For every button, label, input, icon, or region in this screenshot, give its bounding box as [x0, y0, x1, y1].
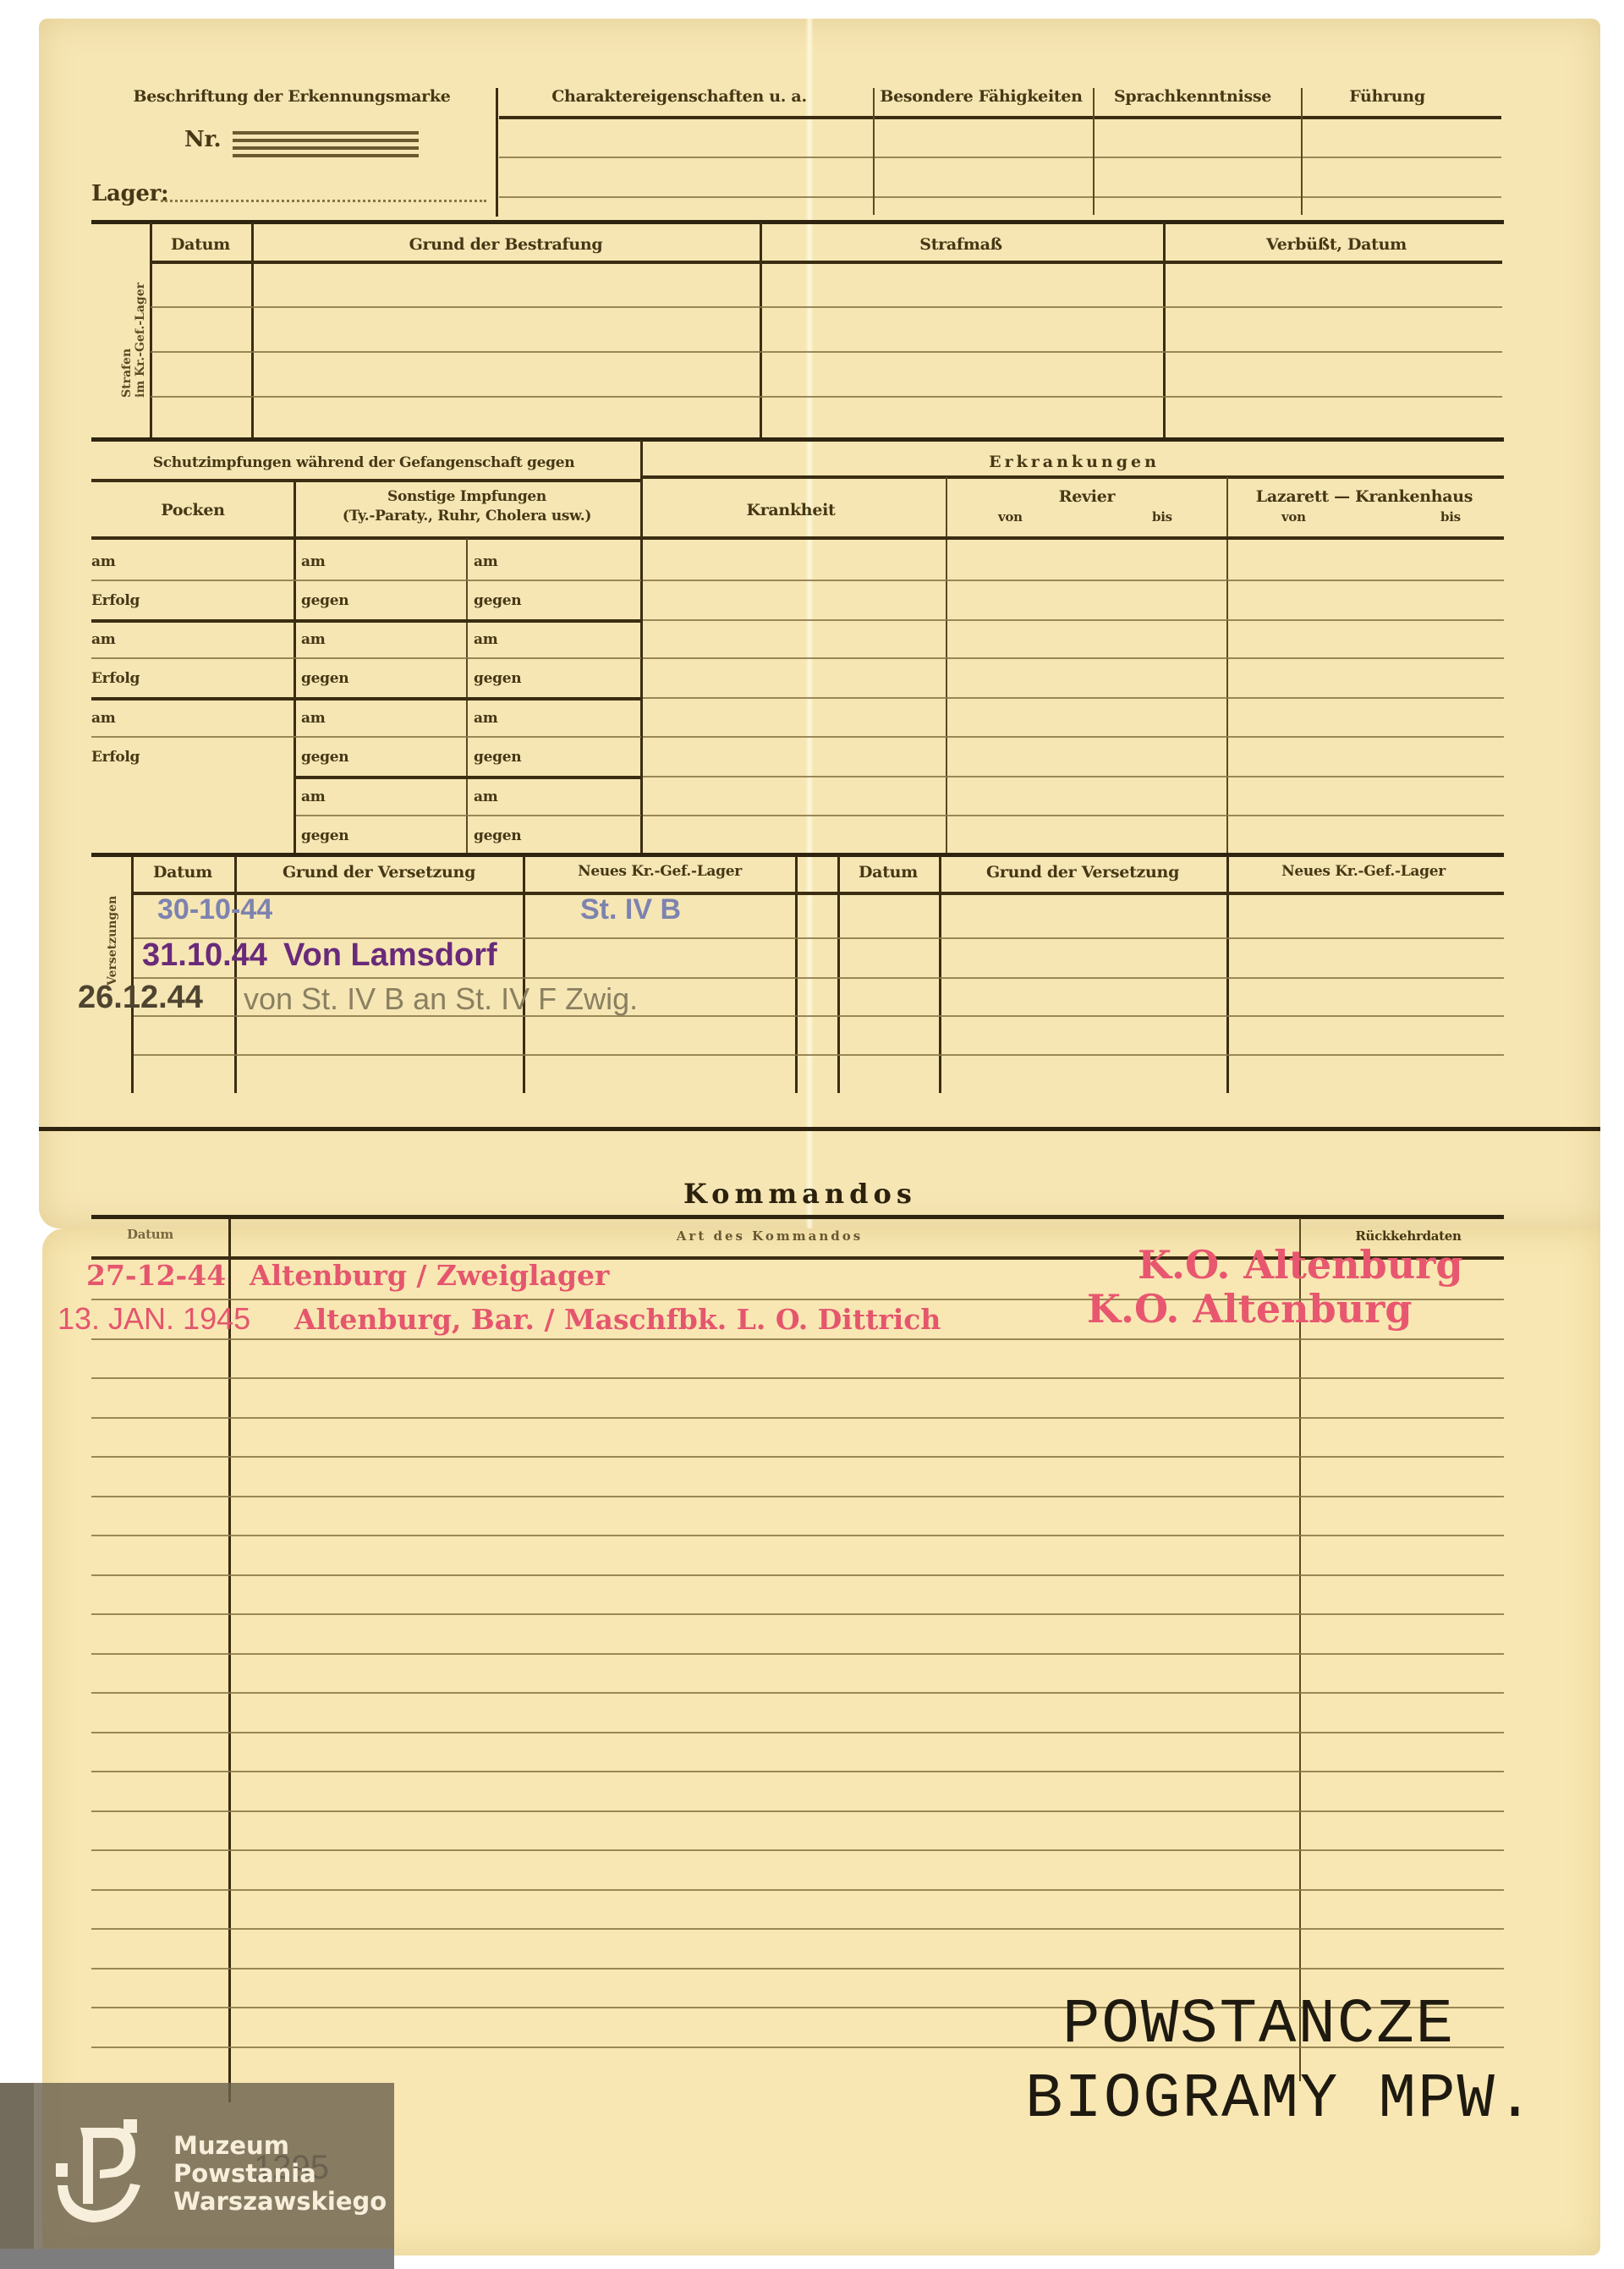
col-grund-bestrafung: Grund der Bestrafung — [409, 235, 603, 254]
divider — [294, 479, 296, 854]
col-grund-versetzung: Grund der Versetzung — [283, 863, 475, 882]
divider — [496, 88, 498, 217]
fold-crease — [805, 19, 814, 1228]
cell: gegen — [474, 670, 521, 687]
rule — [91, 1889, 1504, 1891]
rule — [91, 1496, 1504, 1497]
kommando-kind-1: Altenburg / Zweiglager — [250, 1259, 609, 1292]
col-datum: Datum — [127, 1227, 173, 1242]
logo-text: Muzeum Powstania Warszawskiego — [173, 2132, 387, 2216]
rule — [91, 1653, 1504, 1655]
col-neues-lager-2: Neues Kr.-Gef.-Lager — [1281, 863, 1446, 880]
col-krankheit: Krankheit — [746, 501, 835, 519]
rule — [91, 580, 641, 581]
logo-band-bottom — [0, 2249, 394, 2269]
divider — [1226, 477, 1228, 854]
kommandos-title: Kommandos — [683, 1178, 917, 1210]
rule — [151, 306, 1502, 308]
rule — [91, 437, 1504, 442]
rule — [643, 475, 1504, 479]
rule — [499, 116, 1501, 119]
divider — [1093, 88, 1095, 215]
rule — [91, 657, 641, 659]
transfer-date-2: 31.10.44 — [142, 937, 267, 974]
divider — [1301, 88, 1303, 215]
kommando-stamp-2: K.O. Altenburg — [1087, 1286, 1413, 1332]
cell: Erfolg — [91, 749, 140, 766]
rule — [134, 1054, 1504, 1056]
cell: am — [474, 631, 497, 648]
rule — [91, 1771, 1504, 1772]
logo-line-3: Warszawskiego — [173, 2188, 387, 2216]
divider — [466, 538, 468, 854]
rule — [91, 1849, 1504, 1851]
col-datum-2: Datum — [859, 863, 918, 882]
watermark-line-1: POWSTANCZE — [1062, 1990, 1455, 2061]
col-lazarett: Lazarett — Krankenhaus — [1256, 487, 1473, 506]
cell: gegen — [301, 670, 348, 687]
rule — [643, 815, 1504, 816]
rule — [134, 892, 1504, 895]
id-tag-label: Beschriftung der Erkennungsmarke — [134, 87, 451, 106]
vaccinations-title: Schutzimpfungen während der Gefangenscha… — [153, 454, 575, 471]
transfer-date-3: 26.12.44 — [78, 980, 203, 1016]
divider — [946, 477, 947, 854]
rule — [91, 619, 641, 623]
cell: gegen — [474, 827, 521, 844]
col-revier: Revier — [1059, 487, 1115, 506]
rule — [296, 776, 641, 779]
col-verbuesst: Verbüßt, Datum — [1266, 235, 1407, 254]
rule — [91, 1535, 1504, 1536]
rule — [643, 736, 1504, 738]
rule — [91, 1456, 1504, 1458]
transfers-side-label: Versetzungen — [106, 896, 119, 986]
rule — [134, 977, 1504, 979]
rule — [91, 1810, 1504, 1812]
cell: am — [474, 553, 497, 570]
col-datum: Datum — [171, 235, 230, 254]
divider — [251, 223, 254, 438]
rule — [643, 580, 1504, 581]
anchor-kotwica-icon — [51, 2119, 152, 2229]
rule — [151, 396, 1502, 398]
nr-field-lines — [233, 131, 419, 162]
rule — [151, 261, 1502, 264]
rule — [499, 196, 1501, 198]
rule — [91, 1377, 1504, 1379]
rule — [91, 1613, 1504, 1615]
rule — [643, 619, 1504, 621]
logo-line-2: Powstania — [173, 2160, 387, 2188]
kommando-date-1: 27-12-44 — [86, 1259, 226, 1292]
cell: am — [301, 553, 325, 570]
col-strafmass: Strafmaß — [919, 235, 1001, 254]
divider — [1163, 223, 1166, 438]
cell: gegen — [301, 749, 348, 766]
cell: gegen — [474, 749, 521, 766]
cell: am — [301, 788, 325, 805]
rule — [643, 697, 1504, 699]
col-art: Art des Kommandos — [677, 1228, 863, 1244]
transfer-camp-1: St. IV B — [580, 893, 681, 926]
rule — [643, 657, 1504, 659]
illnesses-title: Erkrankungen — [989, 453, 1160, 471]
col-pocken: Pocken — [161, 501, 224, 519]
cell: Erfolg — [91, 592, 140, 609]
rule — [91, 1968, 1504, 1970]
rule — [91, 853, 1504, 857]
cell: am — [301, 631, 325, 648]
rule — [499, 157, 1501, 158]
col-sonstige-sub: (Ty.-Paraty., Ruhr, Cholera usw.) — [343, 508, 591, 525]
transfer-reason-3: von St. IV B an St. IV F Zwig. — [244, 981, 638, 1017]
cell: am — [474, 788, 497, 805]
col-fuehrung: Führung — [1349, 87, 1425, 106]
divider — [1299, 1218, 1301, 2081]
revier-von: von — [998, 509, 1023, 525]
col-faehigkeiten: Besondere Fähigkeiten — [880, 87, 1082, 106]
rule — [91, 1692, 1504, 1694]
rule — [91, 697, 641, 700]
rule — [643, 776, 1504, 777]
kommando-date-2: 13. JAN. 1945 — [58, 1301, 250, 1337]
lager-label: Lager: — [91, 181, 168, 206]
rule — [91, 1732, 1504, 1733]
logo-line-1: Muzeum — [173, 2132, 387, 2160]
nr-label: Nr. — [184, 127, 221, 152]
strafen-side-label-2: im Kr.-Gef.-Lager — [134, 283, 147, 398]
rule — [91, 1417, 1504, 1419]
rule — [91, 1574, 1504, 1576]
rule — [91, 1928, 1504, 1930]
col-charakter: Charaktereigenschaften u. a. — [551, 87, 807, 106]
lazarett-bis: bis — [1440, 509, 1461, 525]
cell: am — [474, 710, 497, 727]
transfer-reason-2: Von Lamsdorf — [283, 937, 497, 974]
cell: am — [91, 631, 115, 648]
col-sonstige: Sonstige Impfungen — [387, 488, 546, 505]
strafen-side-label: Strafen — [120, 349, 134, 398]
cell: gegen — [301, 592, 348, 609]
rule — [91, 736, 641, 738]
col-datum: Datum — [153, 863, 212, 882]
divider — [640, 440, 643, 854]
cell: am — [301, 710, 325, 727]
rule — [39, 1127, 1600, 1131]
kommando-stamp-1: K.O. Altenburg — [1138, 1242, 1463, 1288]
rule — [91, 1338, 1504, 1340]
kommando-kind-2: Altenburg, Bar. / Maschfbk. L. O. Dittri… — [294, 1303, 941, 1336]
cell: Erfolg — [91, 670, 140, 687]
rule — [151, 351, 1502, 353]
divider — [150, 223, 152, 438]
col-sprachkenntnisse: Sprachkenntnisse — [1114, 87, 1271, 106]
divider — [760, 223, 762, 438]
watermark-line-2: BIOGRAMY MPW. — [1025, 2064, 1535, 2135]
lazarett-von: von — [1281, 509, 1306, 525]
divider — [873, 88, 875, 215]
rule — [91, 536, 641, 540]
rule — [91, 1215, 1504, 1219]
rule — [643, 536, 1504, 540]
cell: gegen — [301, 827, 348, 844]
divider — [228, 1218, 231, 2102]
revier-bis: bis — [1152, 509, 1172, 525]
transfer-date-1: 30-10-44 — [157, 893, 272, 926]
rule — [91, 479, 641, 482]
cell: am — [91, 710, 115, 727]
lager-field — [161, 200, 486, 202]
col-grund-versetzung-2: Grund der Versetzung — [986, 863, 1179, 882]
col-neues-lager: Neues Kr.-Gef.-Lager — [578, 863, 742, 880]
rule — [91, 220, 1504, 224]
cell: am — [91, 553, 115, 570]
rule — [296, 815, 641, 816]
cell: gegen — [474, 592, 521, 609]
